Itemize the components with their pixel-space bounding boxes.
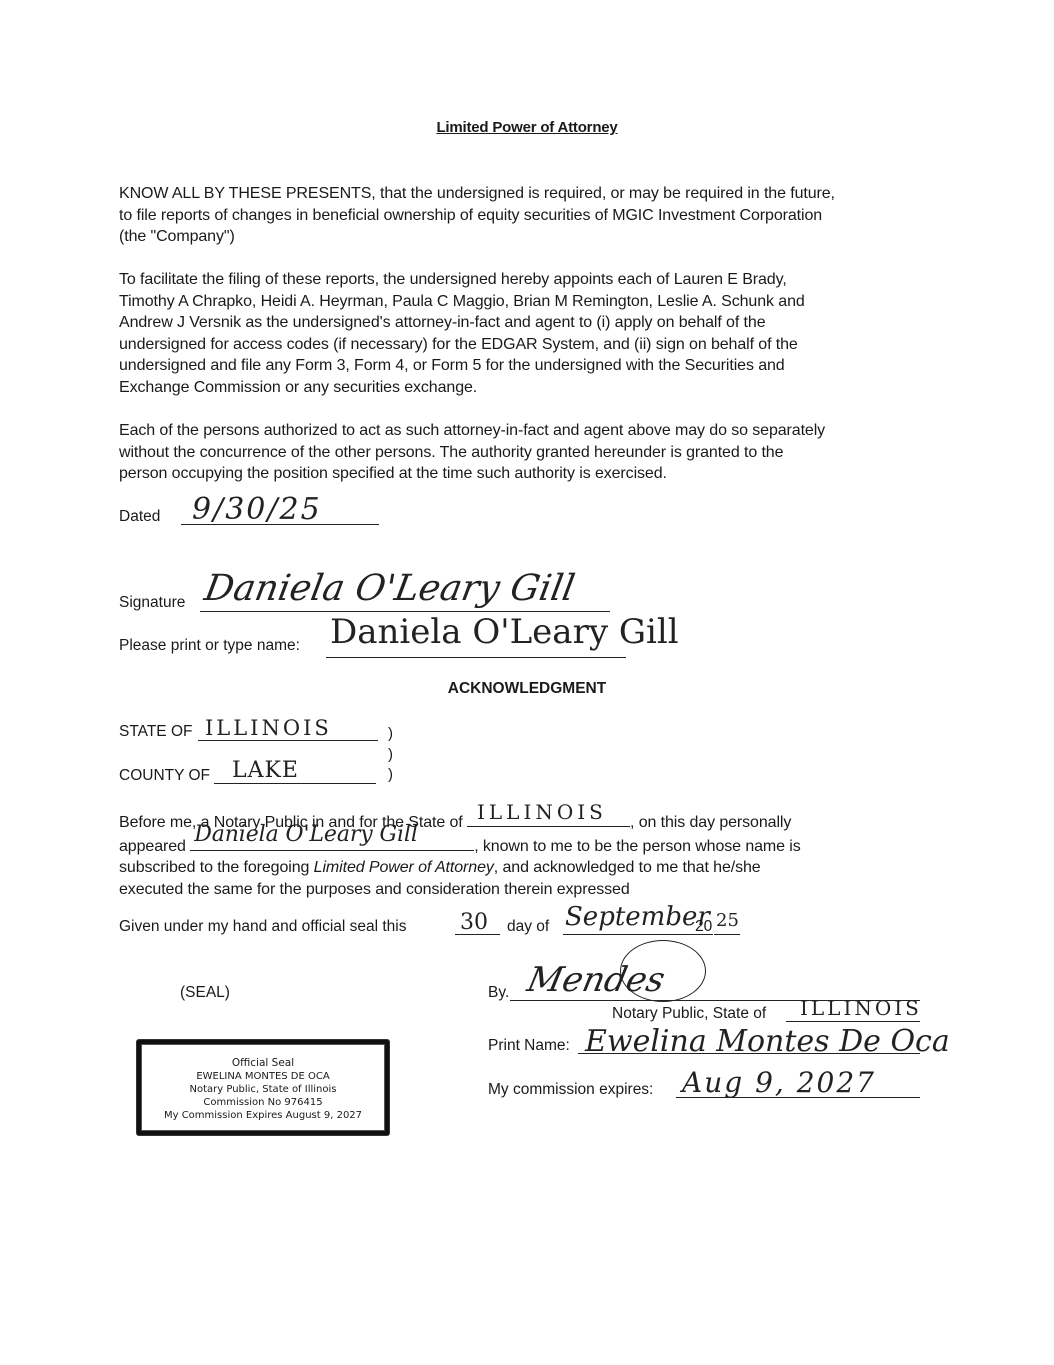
paragraph-line: undersigned and file any Form 3, Form 4,… [119,355,949,377]
print-name-value[interactable]: Daniela O'Leary Gill [330,612,679,652]
seal-line: Commission No 976415 [141,1096,385,1109]
print-name-label-text: Please print or type name [119,637,296,654]
ack-line3-prefix: subscribed to the foregoing [119,859,314,876]
print-name-label: Please print or type name: [119,637,300,655]
paragraph-line: undersigned for access codes (if necessa… [119,334,949,356]
given-month-value[interactable]: September [565,902,710,932]
acknowledgment-body: Before me, a Notary Public in and for th… [119,810,949,900]
notary-state-line [786,1021,920,1022]
commission-expires-label: My commission expires: [488,1081,653,1099]
notary-print-name-label: Print Name: [488,1037,570,1055]
notary-state-label: Notary Public, State of [612,1005,766,1023]
paragraph-line: (the "Company") [119,226,949,248]
ack-name-value: Daniela O'Leary Gill [194,824,418,846]
seal-line: Official Seal [141,1057,385,1070]
seal-line: My Commission Expires August 9, 2027 [141,1109,385,1122]
paragraph-appointment: To facilitate the filing of these report… [119,269,949,399]
signature-label: Signature [119,594,185,612]
official-seal-stamp: Official Seal EWELINA MONTES DE OCA Nota… [137,1040,389,1135]
notary-print-name-label-text: Print Name [488,1037,566,1054]
state-of-value[interactable]: ILLINOIS [205,716,332,740]
paragraph-line: Andrew J Versnik as the undersigned's at… [119,312,949,334]
signature-value[interactable]: Daniela O'Leary Gill [201,568,577,609]
paragraph-authority: Each of the persons authorized to act as… [119,420,949,485]
given-day-of: day of [507,918,549,936]
print-name-line [326,657,626,658]
ack-state-field[interactable]: ILLINOIS [467,810,630,827]
notary-print-name-value[interactable]: Ewelina Montes De Oca [585,1024,950,1059]
ack-line-3: subscribed to the foregoing Limited Powe… [119,857,949,879]
bracket: ) [388,725,393,742]
given-year-value[interactable]: 25 [716,910,739,931]
given-month-line [563,934,713,935]
by-label: By. [488,984,509,1002]
commission-expires-value[interactable]: Aug 9, 2027 [682,1066,876,1099]
acknowledgment-heading: ACKNOWLEDGMENT [0,680,1054,698]
dated-label: Dated [119,508,160,526]
given-year-prefix: 20 [695,918,712,936]
document-page: Limited Power of Attorney KNOW ALL BY TH… [0,0,1054,1365]
notary-state-value[interactable]: ILLINOIS [800,996,922,1020]
ack-line1-suffix: , on this day personally [630,814,791,831]
seal-label: (SEAL) [180,984,230,1002]
paragraph-line: without the concurrence of the other per… [119,442,949,464]
given-prefix: Given under my hand and official seal th… [119,918,407,936]
bracket: ) [388,746,393,763]
ack-name-field[interactable]: Daniela O'Leary Gill [190,834,474,851]
colon: : [296,637,300,654]
paragraph-know-all: KNOW ALL BY THESE PRESENTS, that the und… [119,183,949,248]
paragraph-line: Exchange Commission or any securities ex… [119,377,949,399]
paragraph-line: person occupying the position specified … [119,463,949,485]
ack-line3-italic: Limited Power of Attorney [314,859,494,876]
bracket: ) [388,766,393,783]
ack-line-4: executed the same for the purposes and c… [119,879,949,901]
given-day-value[interactable]: 30 [460,910,488,935]
state-of-label: STATE OF [119,723,192,741]
seal-line: Notary Public, State of Illinois [141,1083,385,1096]
county-of-label: COUNTY OF [119,767,210,785]
given-year-line [714,934,740,935]
paragraph-line: to file reports of changes in beneficial… [119,205,949,227]
ack-line3-suffix: , and acknowledged to me that he/she [494,859,761,876]
seal-line: EWELINA MONTES DE OCA [141,1070,385,1083]
county-of-line [214,783,376,784]
dated-value[interactable]: 9/30/25 [192,492,322,527]
ack-line-2: appeared Daniela O'Leary Gill , known to… [119,834,949,858]
state-of-line [198,740,378,741]
paragraph-line: To facilitate the filing of these report… [119,269,949,291]
ack-line2-prefix: appeared [119,838,186,855]
ack-state-value: ILLINOIS [477,802,607,824]
document-title: Limited Power of Attorney [0,119,1054,136]
notary-signature-value[interactable]: Mendes [524,960,669,1000]
colon: : [566,1037,570,1054]
county-of-value[interactable]: LAKE [232,758,299,783]
ack-line2-suffix: , known to me to be the person whose nam… [474,838,800,855]
paragraph-line: Each of the persons authorized to act as… [119,420,949,442]
paragraph-line: KNOW ALL BY THESE PRESENTS, that the und… [119,183,949,205]
paragraph-line: Timothy A Chrapko, Heidi A. Heyrman, Pau… [119,291,949,313]
